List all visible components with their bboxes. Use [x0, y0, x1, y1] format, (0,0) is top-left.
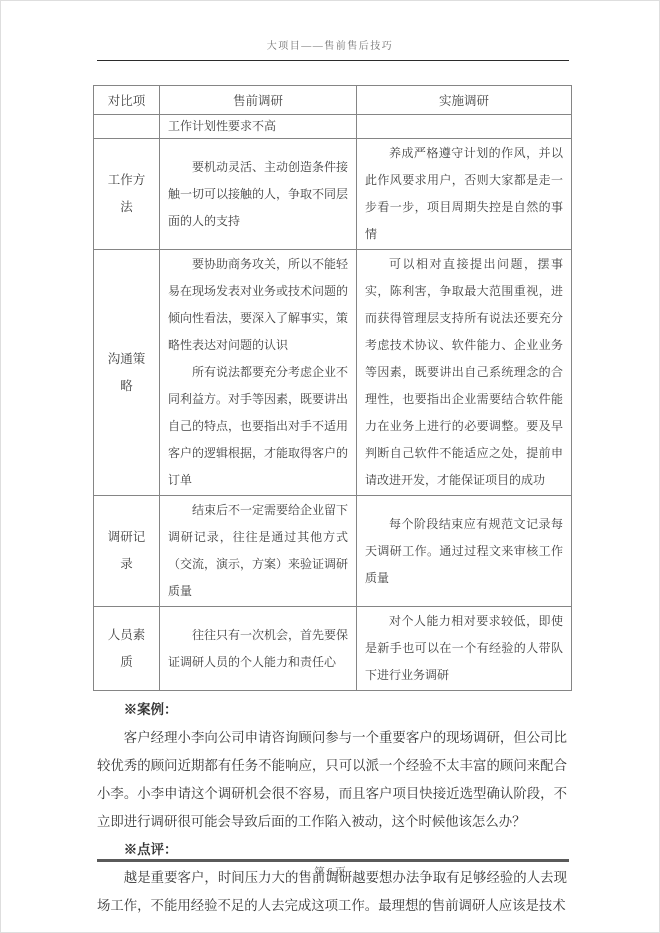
page-number: 第 6 页 — [1, 864, 659, 879]
case-paragraph: 客户经理小李向公司申请咨询顾问参与一个重要客户的现场调研，但公司比较优秀的顾问近… — [97, 724, 567, 836]
cell-paragraph: 往往只有一次机会，首先要保证调研人员的个人能力和责任心 — [168, 622, 348, 676]
table-row: 沟通策略 要协助商务攻关，所以不能轻易在现场发表对业务或技术问题的倾向性看法，要… — [94, 250, 572, 496]
running-header-title: 大项目——售前售后技巧 — [1, 37, 659, 52]
row-label-cell: 工作方法 — [94, 139, 160, 250]
footer-rule — [97, 859, 569, 862]
impl-cell — [357, 115, 572, 139]
header-cell-implementation-survey: 实施调研 — [357, 86, 572, 115]
cell-paragraph: 要机动灵活、主动创造条件接触一切可以接触的人，争取不同层面的人的支持 — [168, 154, 348, 235]
cell-paragraph: 每个阶段结束应有规范文记录每天调研工作。通过过程文来审核工作质量 — [365, 511, 563, 592]
table-row: 工作方法 要机动灵活、主动创造条件接触一切可以接触的人，争取不同层面的人的支持 … — [94, 139, 572, 250]
row-label-cell — [94, 115, 160, 139]
row-label-cell: 沟通策略 — [94, 250, 160, 496]
presales-cell: 要机动灵活、主动创造条件接触一切可以接触的人，争取不同层面的人的支持 — [160, 139, 357, 250]
cell-paragraph: 可以相对直接提出问题，摆事实，陈利害，争取最大范围重视，进而获得管理层支持所有说… — [365, 251, 563, 494]
row-label-cell: 人员素质 — [94, 607, 160, 691]
table-header-row: 对比项 售前调研 实施调研 — [94, 86, 572, 115]
text-sections: ※案例： 客户经理小李向公司申请咨询顾问参与一个重要客户的现场调研，但公司比较优… — [97, 696, 567, 920]
cell-paragraph: 所有说法都要充分考虑企业不同利益方。对手等因素，既要讲出自己的特点，也要指出对手… — [168, 359, 348, 494]
comparison-table: 对比项 售前调研 实施调研 工作计划性要求不高 工作方法 要机动灵活、主动创造条… — [93, 85, 572, 691]
presales-cell: 工作计划性要求不高 — [160, 115, 357, 139]
presales-cell: 要协助商务攻关，所以不能轻易在现场发表对业务或技术问题的倾向性看法，要深入了解事… — [160, 250, 357, 496]
cell-paragraph: 养成严格遵守计划的作风，并以此作风要求用户，否则大家都是走一步看一步，项目周期失… — [365, 140, 563, 248]
impl-cell: 可以相对直接提出问题，摆事实，陈利害，争取最大范围重视，进而获得管理层支持所有说… — [357, 250, 572, 496]
page-content: 对比项 售前调研 实施调研 工作计划性要求不高 工作方法 要机动灵活、主动创造条… — [1, 85, 659, 920]
case-section-label: ※案例： — [97, 696, 567, 724]
cell-paragraph: 工作计划性要求不高 — [168, 116, 348, 137]
table-row: 调研记录 结束后不一定需要给企业留下调研记录，往往是通过其他方式（交流，演示，方… — [94, 496, 572, 607]
presales-cell: 结束后不一定需要给企业留下调研记录，往往是通过其他方式（交流，演示，方案）来验证… — [160, 496, 357, 607]
cell-paragraph: 结束后不一定需要给企业留下调研记录，往往是通过其他方式（交流，演示，方案）来验证… — [168, 497, 348, 605]
impl-cell: 每个阶段结束应有规范文记录每天调研工作。通过过程文来审核工作质量 — [357, 496, 572, 607]
header-cell-presales-survey: 售前调研 — [160, 86, 357, 115]
row-label-cell: 调研记录 — [94, 496, 160, 607]
table-row: 工作计划性要求不高 — [94, 115, 572, 139]
cell-paragraph: 要协助商务攻关，所以不能轻易在现场发表对业务或技术问题的倾向性看法，要深入了解事… — [168, 251, 348, 359]
presales-cell: 往往只有一次机会，首先要保证调研人员的个人能力和责任心 — [160, 607, 357, 691]
impl-cell: 养成严格遵守计划的作风，并以此作风要求用户，否则大家都是走一步看一步，项目周期失… — [357, 139, 572, 250]
header-cell-compare-item: 对比项 — [94, 86, 160, 115]
cell-paragraph: 对个人能力相对要求较低，即使是新手也可以在一个有经验的人带队下进行业务调研 — [365, 608, 563, 689]
document-page: 大项目——售前售后技巧 对比项 售前调研 实施调研 工作计划性要求不高 — [0, 0, 660, 933]
header-rule — [97, 60, 569, 61]
impl-cell: 对个人能力相对要求较低，即使是新手也可以在一个有经验的人带队下进行业务调研 — [357, 607, 572, 691]
table-row: 人员素质 往往只有一次机会，首先要保证调研人员的个人能力和责任心 对个人能力相对… — [94, 607, 572, 691]
